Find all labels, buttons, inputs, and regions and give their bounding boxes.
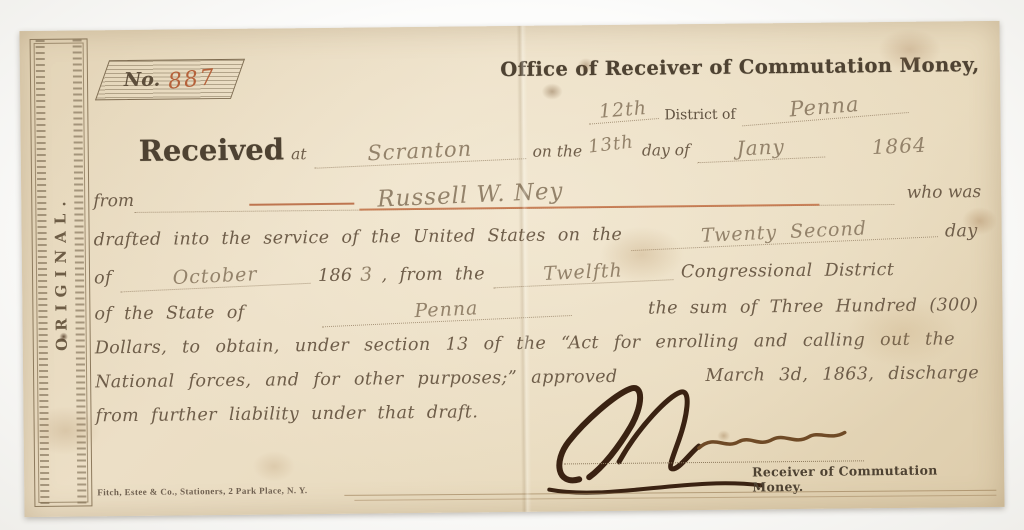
state-of-label: of the State of: [94, 303, 244, 325]
year-printed: 186: [318, 266, 353, 286]
body-line-2: of October 1863 , from the Twelfth Congr…: [94, 257, 978, 289]
congressional-district-handwritten: Twelfth: [492, 257, 673, 288]
state-handwritten: Penna: [321, 293, 572, 327]
at-label: at: [291, 145, 307, 163]
number-prefix: No.: [124, 69, 161, 91]
received-line: Received at Scranton on the 13th day of …: [139, 125, 979, 168]
received-label: Received: [139, 132, 285, 168]
district-state-handwritten: Penna: [741, 88, 909, 126]
day-number-handwritten: 13th: [587, 131, 635, 157]
body-line-4: Dollars, to obtain, under section 13 of …: [95, 329, 979, 358]
printer-credit: Fitch, Estee & Co., Stationers, 2 Park P…: [97, 485, 307, 497]
original-label: ORIGINAL.: [51, 194, 71, 351]
district-number-handwritten: 12th: [587, 96, 659, 125]
year-handwritten: 1864: [871, 133, 927, 159]
from-line: from Russell W. Ney who was: [93, 177, 981, 213]
place-handwritten: Scranton: [313, 134, 526, 169]
from-the-label: , from the: [381, 264, 485, 285]
original-side-band: ORIGINAL.: [30, 38, 93, 507]
district-of-label: District of: [664, 107, 735, 124]
body-line-1-tail: day: [945, 221, 978, 241]
payer-name-field: Russell W. Ney: [134, 178, 895, 213]
photo-backdrop: ORIGINAL. No. 887 Office of Receiver of …: [0, 0, 1024, 530]
district-line: 12th District of Penna: [588, 98, 908, 126]
year-digit-handwritten: 3: [360, 263, 374, 286]
on-the-label: on the: [532, 142, 582, 161]
sum-label: the sum of Three Hundred (300): [648, 295, 979, 318]
body-line-3: of the State of Penna the sum of Three H…: [94, 293, 978, 325]
who-was-label: who was: [907, 182, 982, 203]
of-label: of: [94, 268, 112, 288]
serial-number-handwritten: 887: [167, 65, 217, 95]
body-line-1: drafted into the service of the United S…: [94, 219, 978, 251]
body-line-1-printed: drafted into the service of the United S…: [94, 225, 623, 251]
from-label: from: [93, 191, 134, 211]
serial-number-stamp: No. 887: [95, 59, 245, 101]
red-ink-dash: [249, 203, 354, 206]
receipt-document: ORIGINAL. No. 887 Office of Receiver of …: [19, 21, 1004, 517]
day-of-label: day of: [642, 141, 690, 160]
draft-day-handwritten: Twenty Second: [630, 214, 937, 251]
office-header: Office of Receiver of Commutation Money,: [490, 53, 990, 81]
congressional-district-label: Congressional District: [681, 260, 895, 282]
month-handwritten: Jany: [696, 132, 825, 163]
draft-month-handwritten: October: [119, 261, 310, 293]
